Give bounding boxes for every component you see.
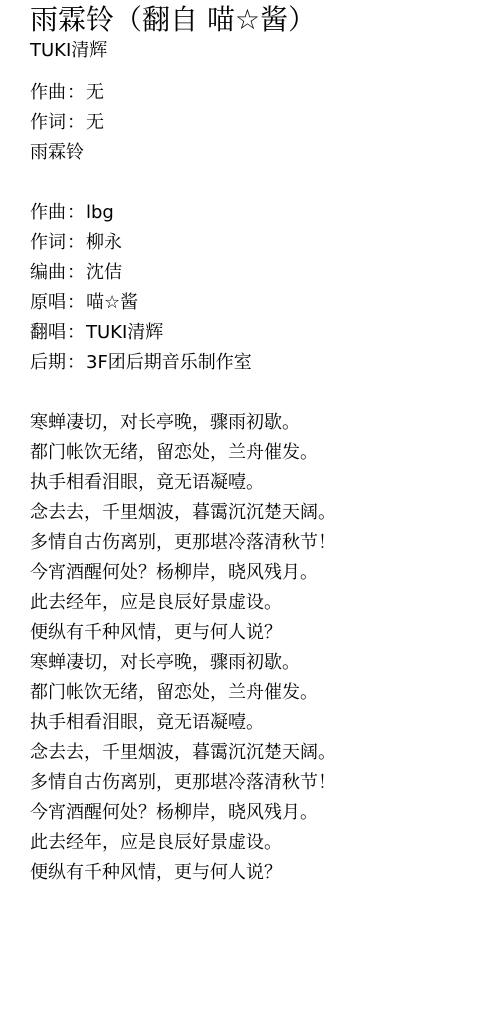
- lyric-line: 念去去，千里烟波，暮霭沉沉楚天阔。: [30, 498, 336, 528]
- credit-label: 作曲: [30, 202, 66, 223]
- credit-value: 无: [86, 82, 104, 103]
- credit-value: 喵☆酱: [86, 292, 138, 313]
- lyric-line: 都门帐饮无绪，留恋处，兰舟催发。: [30, 438, 336, 468]
- credit-separator: ：: [66, 198, 86, 228]
- credit-value: 沈佶: [86, 262, 122, 283]
- credit-label: 作曲: [30, 82, 66, 103]
- credit-value: TUKI清辉: [86, 322, 163, 343]
- credit-separator: ：: [66, 258, 86, 288]
- credit-value: 无: [86, 112, 104, 133]
- credit-line: 后期：3F团后期音乐制作室: [30, 348, 252, 378]
- credit-line: 作词：柳永: [30, 228, 252, 258]
- credit-separator: ：: [66, 228, 86, 258]
- credit-label: 编曲: [30, 262, 66, 283]
- lyrics-subtitle: 雨霖铃: [30, 138, 104, 168]
- credit-line: 编曲：沈佶: [30, 258, 252, 288]
- credit-separator: ：: [66, 348, 86, 378]
- credit-value: 3F团后期音乐制作室: [86, 352, 252, 373]
- song-title: 雨霖铃（翻自 喵☆酱）: [30, 2, 316, 38]
- credit-line: 原唱：喵☆酱: [30, 288, 252, 318]
- lyrics: 寒蝉凄切，对长亭晚，骤雨初歇。 都门帐饮无绪，留恋处，兰舟催发。 执手相看泪眼，…: [30, 408, 336, 888]
- credit-label: 作词: [30, 232, 66, 253]
- lyric-line: 多情自古伤离别，更那堪冷落清秋节！: [30, 528, 336, 558]
- credit-value: lbg: [86, 202, 114, 223]
- lyric-line: 念去去，千里烟波，暮霭沉沉楚天阔。: [30, 738, 336, 768]
- lyric-line: 都门帐饮无绪，留恋处，兰舟催发。: [30, 678, 336, 708]
- lyric-line: 此去经年，应是良辰好景虚设。: [30, 828, 336, 858]
- song-artist: TUKI清辉: [30, 38, 107, 64]
- credit-line: 作曲：lbg: [30, 198, 252, 228]
- credit-value: 柳永: [86, 232, 122, 253]
- lyric-line: 便纵有千种风情，更与何人说？: [30, 858, 336, 888]
- credit-label: 翻唱: [30, 322, 66, 343]
- lyric-line: 执手相看泪眼，竟无语凝噎。: [30, 468, 336, 498]
- credit-line: 作词：无: [30, 108, 104, 138]
- lyric-line: 多情自古伤离别，更那堪冷落清秋节！: [30, 768, 336, 798]
- credit-separator: ：: [66, 78, 86, 108]
- credits: 作曲：lbg 作词：柳永 编曲：沈佶 原唱：喵☆酱 翻唱：TUKI清辉 后期：3…: [30, 198, 252, 378]
- credit-label: 原唱: [30, 292, 66, 313]
- lyric-line: 寒蝉凄切，对长亭晚，骤雨初歇。: [30, 408, 336, 438]
- credit-separator: ：: [66, 108, 86, 138]
- credit-label: 后期: [30, 352, 66, 373]
- header-credits: 作曲：无 作词：无 雨霖铃: [30, 78, 104, 168]
- credit-line: 翻唱：TUKI清辉: [30, 318, 252, 348]
- lyric-line: 今宵酒醒何处？杨柳岸，晓风残月。: [30, 798, 336, 828]
- credit-separator: ：: [66, 288, 86, 318]
- credit-separator: ：: [66, 318, 86, 348]
- lyric-line: 今宵酒醒何处？杨柳岸，晓风残月。: [30, 558, 336, 588]
- credit-line: 作曲：无: [30, 78, 104, 108]
- credit-label: 作词: [30, 112, 66, 133]
- lyric-line: 寒蝉凄切，对长亭晚，骤雨初歇。: [30, 648, 336, 678]
- lyric-line: 便纵有千种风情，更与何人说？: [30, 618, 336, 648]
- lyric-line: 执手相看泪眼，竟无语凝噎。: [30, 708, 336, 738]
- lyric-line: 此去经年，应是良辰好景虚设。: [30, 588, 336, 618]
